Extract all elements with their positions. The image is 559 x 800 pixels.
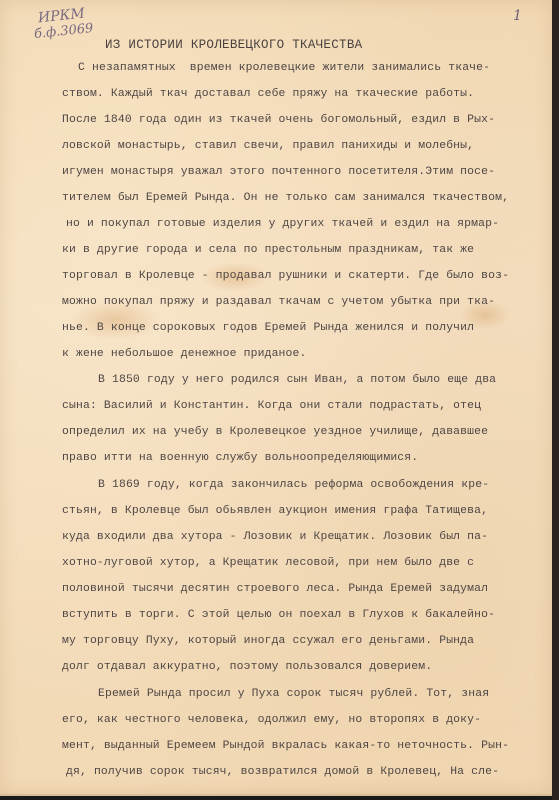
text-line: сына: Василий и Константин. Когда они ст… bbox=[62, 400, 481, 412]
text-line: Еремей Рында просил у Пуха сорок тысяч р… bbox=[98, 688, 489, 700]
text-line: определил их на учебу в Кролевецкое уезд… bbox=[62, 426, 488, 438]
text-line: дя, получив сорок тысяч, возвратился дом… bbox=[66, 766, 499, 778]
text-line: стьян, в Кролевце был обьявлен аукцион и… bbox=[62, 505, 488, 517]
text-line: ством. Каждый ткач доставал себе пряжу н… bbox=[62, 88, 474, 100]
text-line: торговал в Кролевце - продавал рушники и… bbox=[62, 270, 509, 282]
text-line: можно покупал пряжу и раздавал ткачам с … bbox=[62, 296, 495, 308]
text-line: ловской монастырь, ставил свечи, правил … bbox=[62, 140, 474, 152]
text-line: половиной тысячи десятин строевого леса.… bbox=[62, 583, 488, 595]
text-line: игумен монастыря уважал этого почтенного… bbox=[62, 166, 495, 178]
text-line: хотно-луговой хутор, а Крещатик лесовой,… bbox=[62, 557, 474, 569]
document-page: ИРКМ б.ф.3069 1 ИЗ ИСТОРИИ КРОЛЕВЕЦКОГО … bbox=[0, 0, 554, 796]
text-line: В 1869 году, когда закончилась реформа о… bbox=[98, 479, 489, 491]
text-line: ки в другие города и села по престольным… bbox=[62, 244, 474, 256]
text-line: мент, выданный Еремеем Рындой вкралась к… bbox=[62, 740, 509, 752]
page-number: 1 bbox=[513, 8, 522, 24]
text-line: С незапамятных времен кролевецкие жители… bbox=[78, 62, 490, 74]
scan-edge bbox=[552, 0, 559, 800]
text-line: вступить в торги. С этой целью он поехал… bbox=[62, 609, 495, 621]
text-line: куда входили два хутора - Лозовик и Крещ… bbox=[62, 531, 488, 543]
text-line: но и покупал готовые изделия у других тк… bbox=[66, 218, 499, 230]
text-line: тителем был Еремей Рында. Он не только с… bbox=[62, 192, 509, 204]
text-line: к жене небольшое денежное приданое. bbox=[62, 348, 307, 360]
document-title: ИЗ ИСТОРИИ КРОЛЕВЕЦКОГО ТКАЧЕСТВА bbox=[105, 38, 362, 52]
text-line: право итти на военную службу вольноопред… bbox=[62, 452, 418, 464]
text-line: его, как честного человека, одолжил ему,… bbox=[62, 714, 481, 726]
text-line: му торговцу Пуху, который иногда ссужал … bbox=[62, 635, 474, 647]
text-line: После 1840 года один из ткачей очень бог… bbox=[62, 114, 495, 126]
text-line: долг отдавал аккуратно, поэтому пользова… bbox=[62, 661, 432, 673]
text-line: нье. В конце сороковых годов Еремей Рынд… bbox=[62, 322, 474, 334]
text-line: В 1850 году у него родился сын Иван, а п… bbox=[98, 374, 496, 386]
